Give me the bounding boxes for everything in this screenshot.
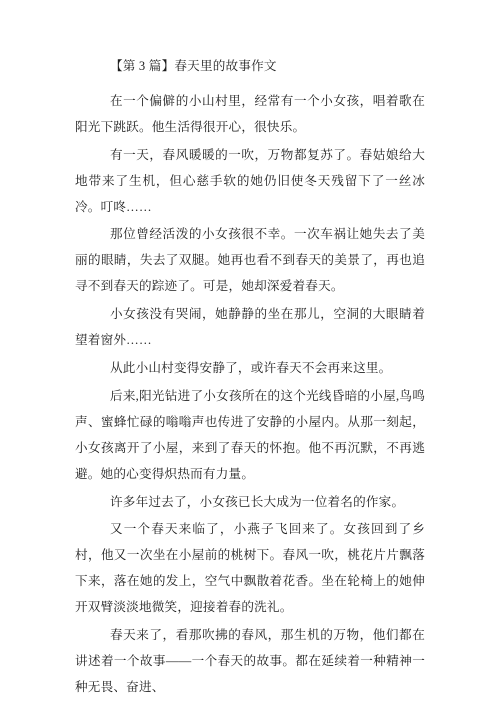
essay-paragraph-7: 许多年过去了，小女孩已长大成为一位着名的作家。 bbox=[75, 490, 425, 516]
essay-paragraph-3: 那位曾经活泼的小女孩很不幸。一次车祸让她失去了美丽的眼睛，失去了双腿。她再也看不… bbox=[75, 222, 425, 300]
essay-content: 【第 3 篇】春天里的故事作文 在一个偏僻的小山村里，经常有一个小女孩，唱着歌在… bbox=[75, 54, 425, 703]
essay-paragraph-2: 有一天，春风暖暖的一吹，万物都复苏了。春姑娘给大地带来了生机，但心慈手软的她仍旧… bbox=[75, 143, 425, 221]
essay-paragraph-4: 小女孩没有哭闹，她静静的坐在那儿，空洞的大眼睛着望着窗外…… bbox=[75, 302, 425, 354]
essay-title: 【第 3 篇】春天里的故事作文 bbox=[75, 54, 425, 80]
essay-paragraph-8: 又一个春天来临了，小燕子飞回来了。女孩回到了乡村，他又一次坐在小屋前的桃树下。春… bbox=[75, 517, 425, 621]
essay-paragraph-5: 从此小山村变得安静了，或许春天不会再来这里。 bbox=[75, 356, 425, 382]
essay-paragraph-6: 后来,阳光钻进了小女孩所在的这个光线昏暗的小屋,鸟鸣声、蜜蜂忙碌的嗡嗡声也传进了… bbox=[75, 384, 425, 488]
essay-paragraph-9: 春天来了，看那吹拂的春风，那生机的万物，他们都在讲述着一个故事——一个春天的故事… bbox=[75, 623, 425, 701]
essay-paragraph-1: 在一个偏僻的小山村里，经常有一个小女孩，唱着歌在阳光下跳跃。他生活得很开心，很快… bbox=[75, 89, 425, 141]
document-page: 【第 3 篇】春天里的故事作文 在一个偏僻的小山村里，经常有一个小女孩，唱着歌在… bbox=[0, 0, 500, 707]
